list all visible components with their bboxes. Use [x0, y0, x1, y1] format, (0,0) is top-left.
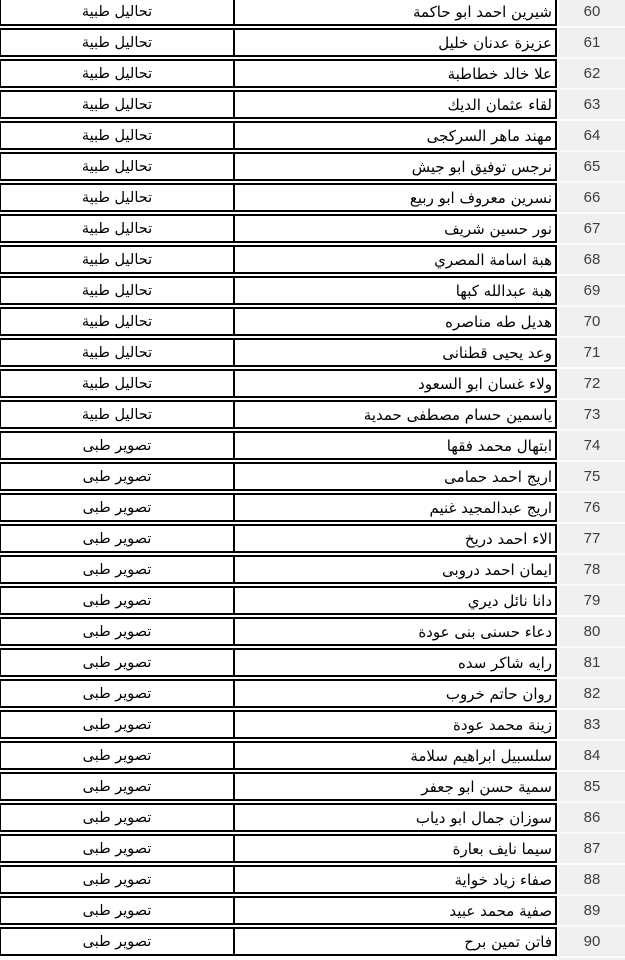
name-cell[interactable]: هديل طه مناصره	[235, 309, 555, 334]
category-cell[interactable]: تحاليل طبية	[1, 30, 235, 55]
name-cell[interactable]: سمية حسن ابو جعفر	[235, 774, 555, 799]
row-number[interactable]: 70	[559, 307, 625, 338]
spreadsheet-grid: تحاليل طبية شيرين احمد ابو حاكمة تحاليل …	[0, 0, 557, 958]
row-number[interactable]: 90	[559, 927, 625, 958]
table-row: تحاليل طبية شيرين احمد ابو حاكمة	[0, 0, 557, 26]
row-number[interactable]: 73	[559, 400, 625, 431]
row-number[interactable]: 62	[559, 59, 625, 90]
table-row: تحاليل طبية نرجس توفيق ابو جيش	[0, 152, 557, 181]
name-cell[interactable]: دعاء حسنى بنى عودة	[235, 619, 555, 644]
table-row: تحاليل طبية نور حسين شريف	[0, 214, 557, 243]
name-cell[interactable]: فاتن تمين برح	[235, 929, 555, 954]
table-row: تصوير طبى فاتن تمين برح	[0, 927, 557, 956]
category-cell[interactable]: تصوير طبى	[1, 650, 235, 675]
name-cell[interactable]: هبة اسامة المصري	[235, 247, 555, 272]
category-cell[interactable]: تصوير طبى	[1, 929, 235, 954]
table-row: تصوير طبى سوزان جمال ابو دياب	[0, 803, 557, 832]
row-number[interactable]: 84	[559, 741, 625, 772]
table-row: تحاليل طبية هبة اسامة المصري	[0, 245, 557, 274]
category-cell[interactable]: تصوير طبى	[1, 898, 235, 923]
category-cell[interactable]: تحاليل طبية	[1, 154, 235, 179]
category-cell[interactable]: تحاليل طبية	[1, 340, 235, 365]
table-row: تحاليل طبية علا خالد خطاطبة	[0, 59, 557, 88]
name-cell[interactable]: وعد يحيى قطنانى	[235, 340, 555, 365]
table-row: تحاليل طبية ياسمين حسام مصطفى حمدية	[0, 400, 557, 429]
name-cell[interactable]: هبة عبدالله كبها	[235, 278, 555, 303]
name-cell[interactable]: شيرين احمد ابو حاكمة	[235, 0, 555, 24]
row-number[interactable]: 60	[559, 0, 625, 28]
table-row: تحاليل طبية نسرين معروف ابو ربيع	[0, 183, 557, 212]
category-cell[interactable]: تحاليل طبية	[1, 61, 235, 86]
category-cell[interactable]: تحاليل طبية	[1, 371, 235, 396]
category-cell[interactable]: تصوير طبى	[1, 619, 235, 644]
category-cell[interactable]: تصوير طبى	[1, 495, 235, 520]
table-row: تحاليل طبية عزيزة عدنان خليل	[0, 28, 557, 57]
name-cell[interactable]: صفية محمد عبيد	[235, 898, 555, 923]
row-number[interactable]: 61	[559, 28, 625, 59]
category-cell[interactable]: تصوير طبى	[1, 464, 235, 489]
name-cell[interactable]: مهند ماهر السركجى	[235, 123, 555, 148]
table-row: تصوير طبى دانا نائل ديري	[0, 586, 557, 615]
name-cell[interactable]: علا خالد خطاطبة	[235, 61, 555, 86]
name-cell[interactable]: اريج عبدالمجيد غنيم	[235, 495, 555, 520]
name-cell[interactable]: اريج احمد حمامى	[235, 464, 555, 489]
category-cell[interactable]: تحاليل طبية	[1, 402, 235, 427]
row-number[interactable]: 88	[559, 865, 625, 896]
row-number[interactable]: 71	[559, 338, 625, 369]
row-number[interactable]: 85	[559, 772, 625, 803]
row-number[interactable]: 65	[559, 152, 625, 183]
category-cell[interactable]: تصوير طبى	[1, 712, 235, 737]
row-number[interactable]: 86	[559, 803, 625, 834]
row-number[interactable]: 77	[559, 524, 625, 555]
name-cell[interactable]: رايه شاكر سده	[235, 650, 555, 675]
category-cell[interactable]: تصوير طبى	[1, 836, 235, 861]
category-cell[interactable]: تصوير طبى	[1, 526, 235, 551]
row-number[interactable]: 82	[559, 679, 625, 710]
table-row: تصوير طبى روان حاتم خروب	[0, 679, 557, 708]
table-row: تحاليل طبية لقاء عثمان الديك	[0, 90, 557, 119]
category-cell[interactable]: تصوير طبى	[1, 805, 235, 830]
name-cell[interactable]: عزيزة عدنان خليل	[235, 30, 555, 55]
category-cell[interactable]: تحاليل طبية	[1, 247, 235, 272]
table-row: تصوير طبى دعاء حسنى بنى عودة	[0, 617, 557, 646]
category-cell[interactable]: تحاليل طبية	[1, 278, 235, 303]
table-row: تصوير طبى سيما نايف بعارة	[0, 834, 557, 863]
name-cell[interactable]: سلسبيل ابراهيم سلامة	[235, 743, 555, 768]
row-number[interactable]: 81	[559, 648, 625, 679]
row-number[interactable]: 67	[559, 214, 625, 245]
table-row: تحاليل طبية وعد يحيى قطنانى	[0, 338, 557, 367]
name-cell[interactable]: الاء احمد دريخ	[235, 526, 555, 551]
name-cell[interactable]: ياسمين حسام مصطفى حمدية	[235, 402, 555, 427]
row-number[interactable]: 87	[559, 834, 625, 865]
category-cell[interactable]: تصوير طبى	[1, 588, 235, 613]
table-row: تصوير طبى اريج احمد حمامى	[0, 462, 557, 491]
name-cell[interactable]: زينة محمد عودة	[235, 712, 555, 737]
name-cell[interactable]: صفاء زياد خواية	[235, 867, 555, 892]
table-row: تصوير طبى صفية محمد عبيد	[0, 896, 557, 925]
row-number[interactable]: 75	[559, 462, 625, 493]
name-cell[interactable]: نرجس توفيق ابو جيش	[235, 154, 555, 179]
name-cell[interactable]: ولاء غسان ابو السعود	[235, 371, 555, 396]
row-number[interactable]: 66	[559, 183, 625, 214]
category-cell[interactable]: تحاليل طبية	[1, 123, 235, 148]
table-row: تصوير طبى رايه شاكر سده	[0, 648, 557, 677]
row-number[interactable]: 69	[559, 276, 625, 307]
category-cell[interactable]: تحاليل طبية	[1, 309, 235, 334]
row-number[interactable]: 64	[559, 121, 625, 152]
name-cell[interactable]: سيما نايف بعارة	[235, 836, 555, 861]
category-cell[interactable]: تصوير طبى	[1, 743, 235, 768]
table-row: تصوير طبى سلسبيل ابراهيم سلامة	[0, 741, 557, 770]
row-number[interactable]: 80	[559, 617, 625, 648]
row-number[interactable]: 68	[559, 245, 625, 276]
table-row: تصوير طبى ابتهال محمد فقها	[0, 431, 557, 460]
table-row: تصوير طبى الاء احمد دريخ	[0, 524, 557, 553]
row-number[interactable]: 72	[559, 369, 625, 400]
table-row: تصوير طبى ايمان احمد دروبى	[0, 555, 557, 584]
category-cell[interactable]: تصوير طبى	[1, 774, 235, 799]
category-cell[interactable]: تحاليل طبية	[1, 216, 235, 241]
name-cell[interactable]: ابتهال محمد فقها	[235, 433, 555, 458]
name-cell[interactable]: سوزان جمال ابو دياب	[235, 805, 555, 830]
row-number[interactable]: 79	[559, 586, 625, 617]
category-cell[interactable]: تحاليل طبية	[1, 0, 235, 24]
table-row: تحاليل طبية هديل طه مناصره	[0, 307, 557, 336]
category-cell[interactable]: تحاليل طبية	[1, 92, 235, 117]
name-cell[interactable]: نور حسين شريف	[235, 216, 555, 241]
table-row: تصوير طبى سمية حسن ابو جعفر	[0, 772, 557, 801]
category-cell[interactable]: تصوير طبى	[1, 557, 235, 582]
table-row: تصوير طبى صفاء زياد خواية	[0, 865, 557, 894]
name-cell[interactable]: دانا نائل ديري	[235, 588, 555, 613]
row-number[interactable]: 76	[559, 493, 625, 524]
row-number[interactable]: 63	[559, 90, 625, 121]
table-row: تحاليل طبية مهند ماهر السركجى	[0, 121, 557, 150]
category-cell[interactable]: تصوير طبى	[1, 433, 235, 458]
row-number[interactable]: 89	[559, 896, 625, 927]
table-row: تحاليل طبية هبة عبدالله كبها	[0, 276, 557, 305]
name-cell[interactable]: روان حاتم خروب	[235, 681, 555, 706]
row-number[interactable]: 83	[559, 710, 625, 741]
table-row: تصوير طبى اريج عبدالمجيد غنيم	[0, 493, 557, 522]
row-header-column: 60 61 62 63 64 65 66 67 68 69 70 71 72 7…	[559, 0, 625, 960]
category-cell[interactable]: تصوير طبى	[1, 867, 235, 892]
name-cell[interactable]: ايمان احمد دروبى	[235, 557, 555, 582]
row-number[interactable]: 74	[559, 431, 625, 462]
category-cell[interactable]: تصوير طبى	[1, 681, 235, 706]
category-cell[interactable]: تحاليل طبية	[1, 185, 235, 210]
row-number[interactable]: 78	[559, 555, 625, 586]
table-row: تحاليل طبية ولاء غسان ابو السعود	[0, 369, 557, 398]
name-cell[interactable]: لقاء عثمان الديك	[235, 92, 555, 117]
table-row: تصوير طبى زينة محمد عودة	[0, 710, 557, 739]
name-cell[interactable]: نسرين معروف ابو ربيع	[235, 185, 555, 210]
